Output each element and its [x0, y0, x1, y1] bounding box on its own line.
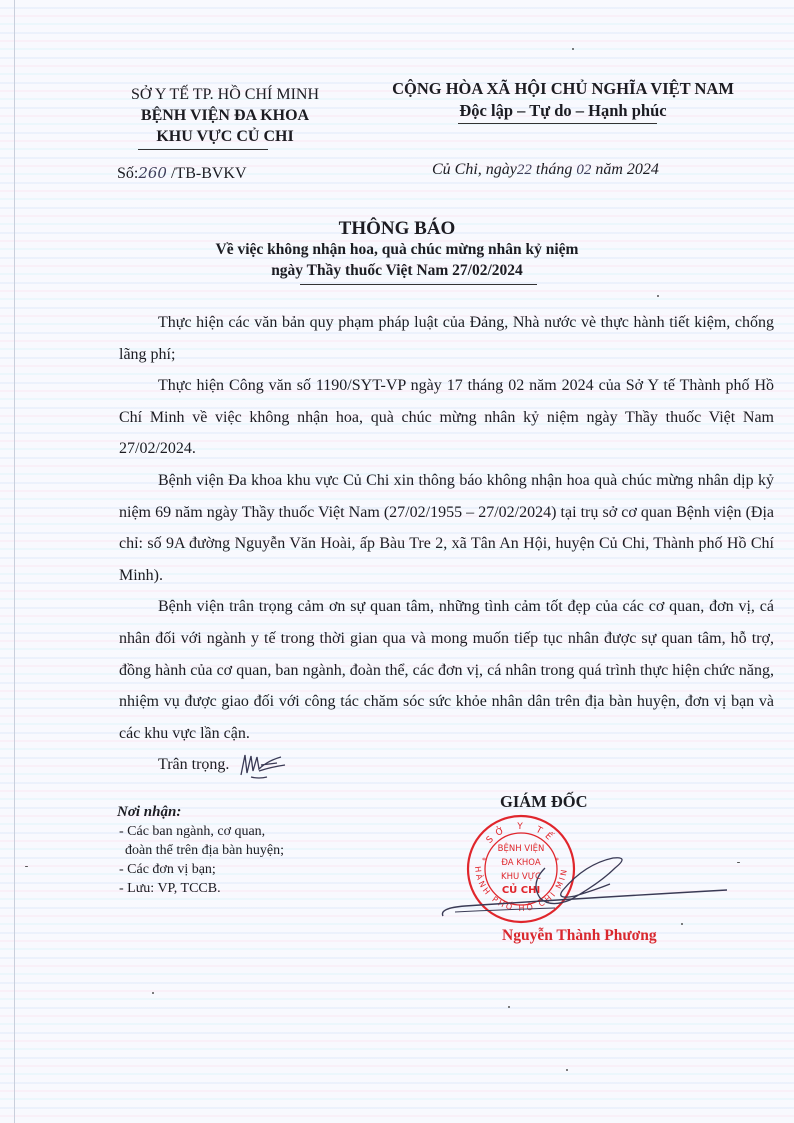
scan-edge: [14, 0, 15, 1123]
recipient-item: - Lưu: VP, TCCB.: [117, 879, 284, 898]
document-body: Thực hiện các văn bản quy phạm pháp luật…: [119, 307, 774, 781]
scan-speck: [737, 862, 740, 863]
subtitle-line2: ngày Thầy thuốc Việt Nam 27/02/2024: [100, 260, 694, 281]
initials-signature-icon: [237, 751, 293, 781]
organization-name-line2: KHU VỰC CỦ CHI: [100, 126, 350, 147]
document-title: THÔNG BÁO: [100, 218, 694, 240]
title-underline: [300, 284, 537, 285]
agency-name: SỞ Y TẾ TP. HỒ CHÍ MINH: [100, 84, 350, 105]
scan-speck: [681, 923, 683, 925]
date-day: 22: [517, 162, 532, 178]
subtitle-line1: Về việc không nhận hoa, quà chúc mừng nh…: [100, 239, 694, 260]
recipient-item: - Các đơn vị bạn;: [117, 860, 284, 879]
date-place: Củ Chi, ngày: [432, 161, 517, 178]
issue-date: Củ Chi, ngày22 tháng 02 năm 2024: [432, 161, 659, 179]
body-paragraph: Thực hiện các văn bản quy phạm pháp luật…: [119, 307, 774, 370]
recipient-item: đoàn thể trên địa bàn huyện;: [117, 841, 284, 860]
doc-number-prefix: Số:: [117, 165, 138, 182]
document-number: Số:260 /TB-BVKV: [117, 164, 247, 183]
scan-speck: [508, 1006, 510, 1008]
recipient-item: - Các ban ngành, cơ quan,: [117, 822, 284, 841]
scan-speck: [566, 1069, 568, 1071]
body-paragraph: Bệnh viện trân trọng cảm ơn sự quan tâm,…: [119, 591, 774, 749]
organization-name-line1: BỆNH VIỆN ĐA KHOA: [100, 105, 350, 126]
national-motto: Độc lập – Tự do – Hạnh phúc: [375, 100, 751, 122]
agency-underline: [138, 149, 268, 150]
scan-speck: [657, 295, 659, 297]
scan-speck: [25, 866, 28, 867]
signer-name: Nguyễn Thành Phương: [502, 927, 657, 945]
recipients-block: Nơi nhận: - Các ban ngành, cơ quan, đoàn…: [117, 803, 284, 898]
scan-speck: [572, 48, 574, 50]
motto-underline: [458, 123, 657, 124]
body-paragraph: Bệnh viện Đa khoa khu vực Củ Chi xin thô…: [119, 465, 774, 591]
doc-number-handwritten: 260: [138, 164, 167, 182]
date-month-label: tháng: [532, 161, 576, 178]
handwritten-signature-icon: [435, 828, 735, 928]
issuing-agency-block: SỞ Y TẾ TP. HỒ CHÍ MINH BỆNH VIỆN ĐA KHO…: [100, 84, 350, 147]
body-paragraph: Thực hiện Công văn số 1190/SYT-VP ngày 1…: [119, 370, 774, 465]
scan-speck: [152, 992, 154, 994]
closing-text: Trân trọng.: [158, 756, 229, 773]
signer-position: GIÁM ĐỐC: [500, 792, 588, 812]
recipients-heading: Nơi nhận:: [117, 803, 284, 822]
date-month: 02: [576, 162, 591, 178]
document-subtitle: Về việc không nhận hoa, quà chúc mừng nh…: [100, 239, 694, 281]
national-header-block: CỘNG HÒA XÃ HỘI CHỦ NGHĨA VIỆT NAM Độc l…: [375, 78, 751, 122]
closing-line: Trân trọng.: [119, 749, 774, 781]
doc-number-suffix: /TB-BVKV: [171, 165, 247, 182]
nation-name: CỘNG HÒA XÃ HỘI CHỦ NGHĨA VIỆT NAM: [375, 78, 751, 100]
date-year: năm 2024: [591, 161, 659, 178]
